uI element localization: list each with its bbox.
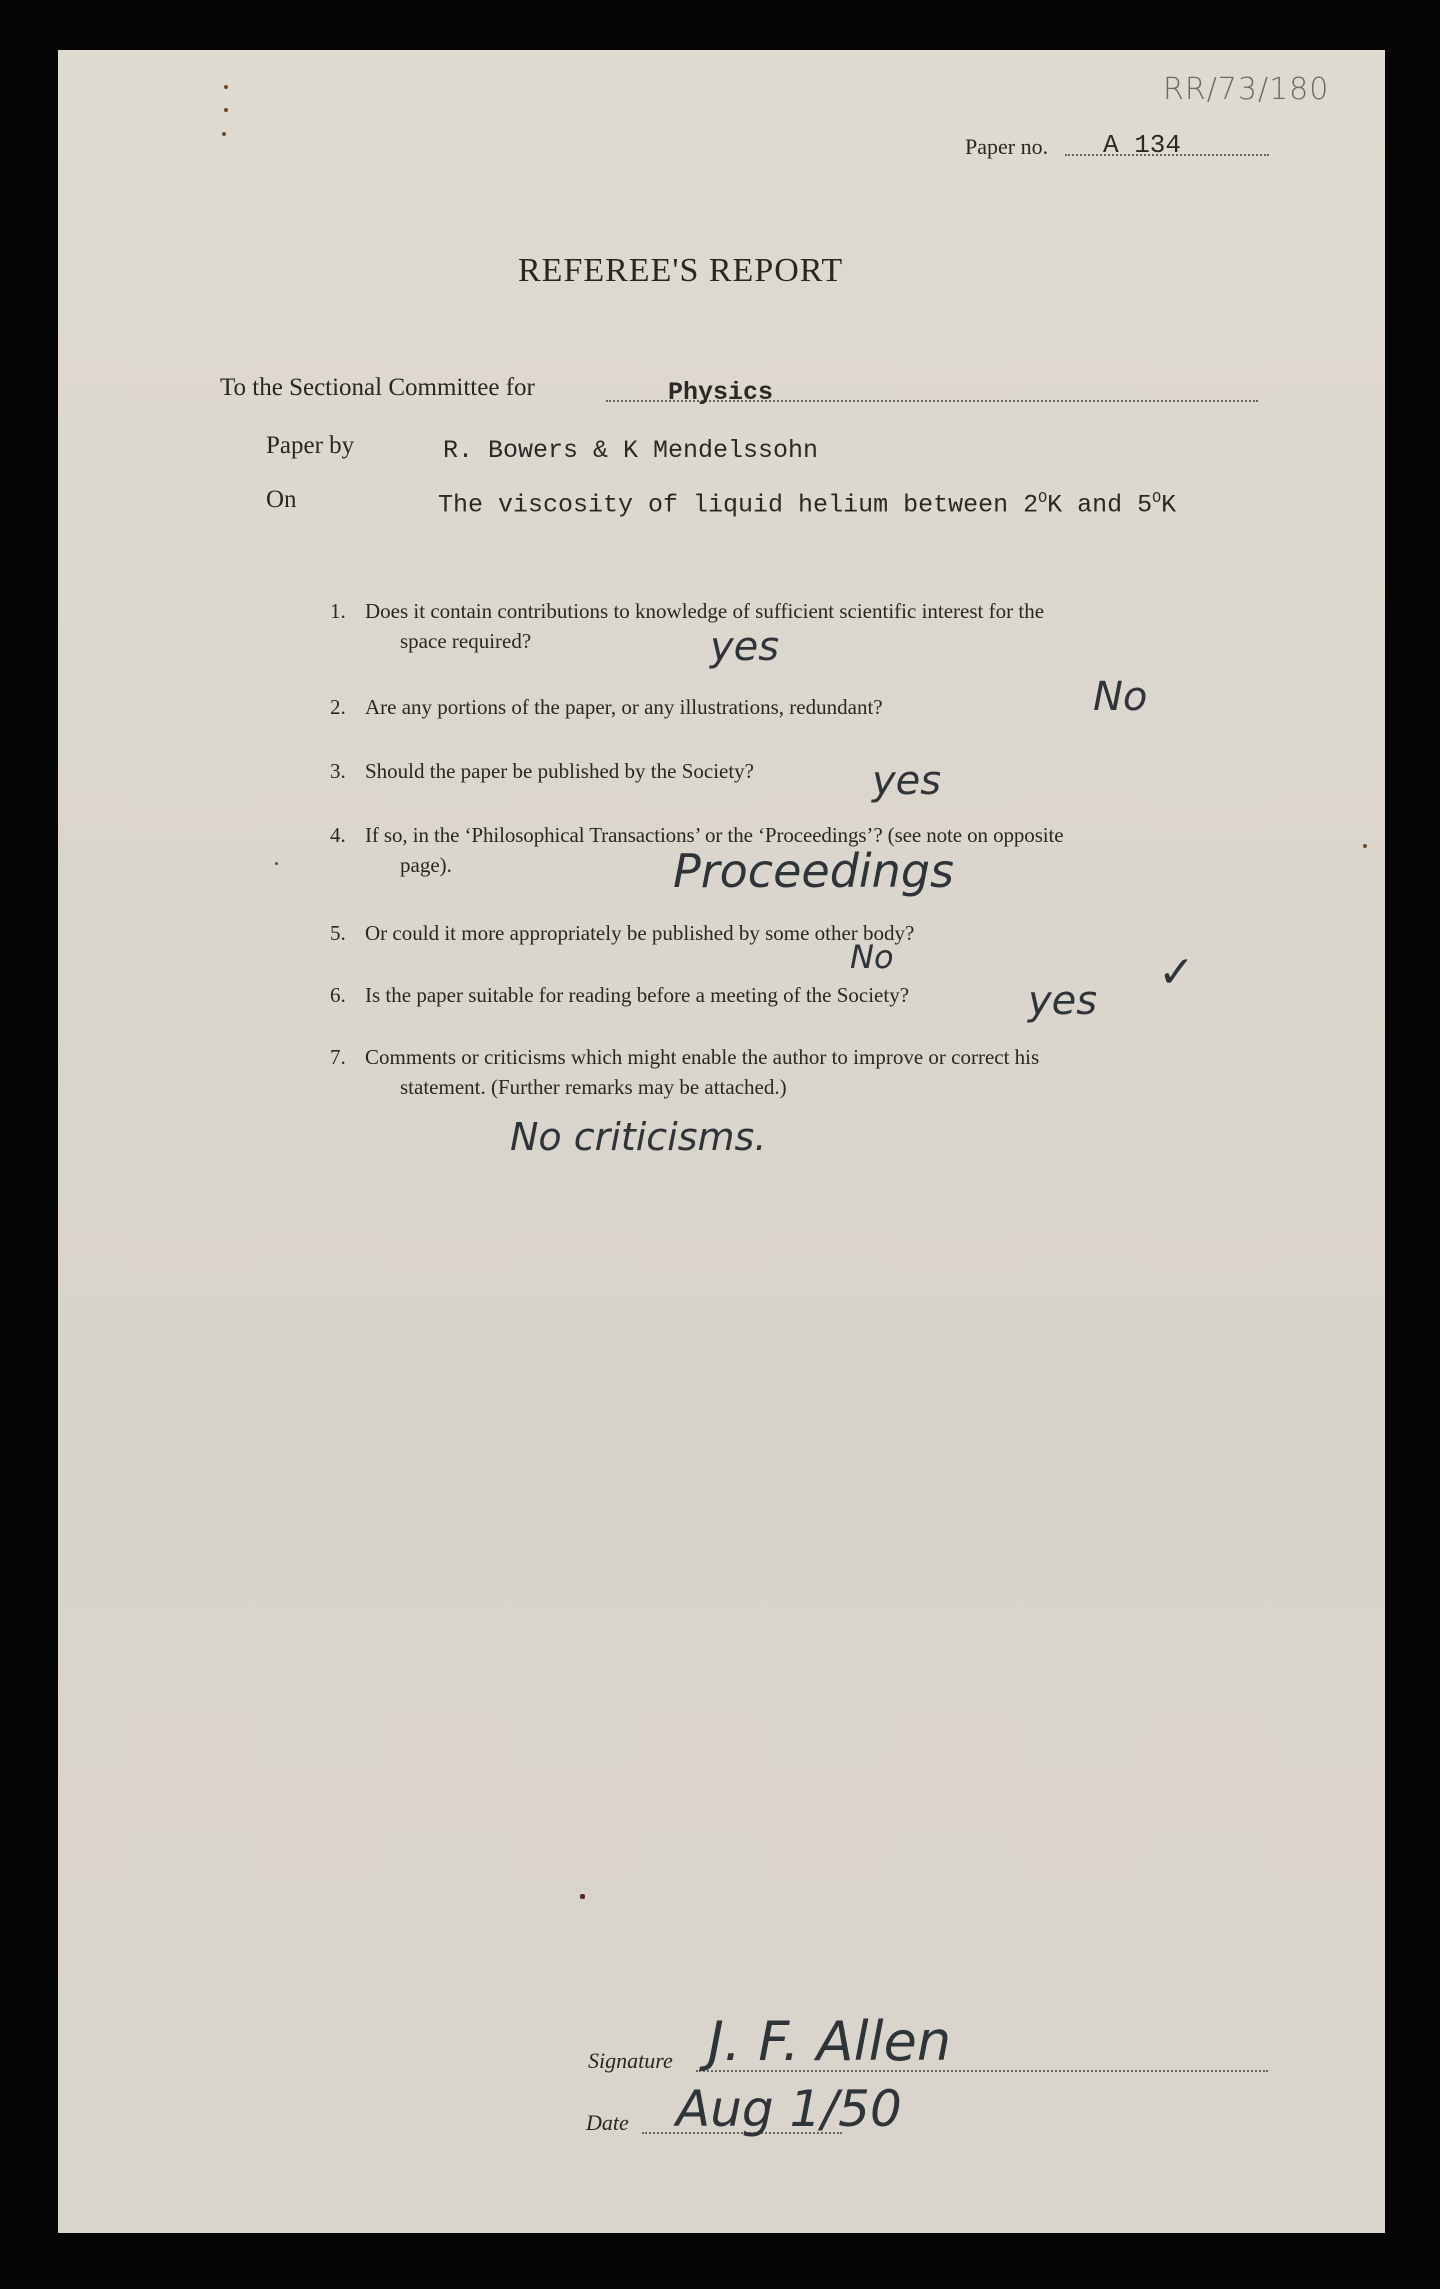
- question-number: 5.: [330, 918, 346, 948]
- answer-1: yes: [710, 632, 779, 662]
- date-value: Aug 1/50: [676, 2080, 902, 2138]
- superscript-degree: O: [1038, 490, 1047, 507]
- question-1: 1. Does it contain contributions to know…: [330, 596, 1268, 656]
- date-label: Date: [586, 2110, 629, 2136]
- question-text: Comments or criticisms which might enabl…: [365, 1042, 1268, 1072]
- paper-speck: [1363, 844, 1367, 848]
- paper-speck: [224, 108, 228, 112]
- question-text: Does it contain contributions to knowled…: [365, 596, 1268, 626]
- answer-2: No: [1093, 682, 1147, 712]
- question-number: 3.: [330, 756, 346, 786]
- paper-speck: [224, 85, 228, 89]
- paper-title-part: K: [1161, 490, 1176, 519]
- question-text-continued: space required?: [400, 626, 531, 656]
- answer-5: No: [850, 942, 894, 972]
- paper-speck: [222, 132, 226, 136]
- answer-7: No criticisms.: [510, 1122, 766, 1152]
- question-number: 7.: [330, 1042, 346, 1072]
- question-text: Are any portions of the paper, or any il…: [365, 692, 883, 722]
- question-text: Is the paper suitable for reading before…: [365, 980, 909, 1010]
- checkmark-icon: ✓: [1158, 958, 1195, 988]
- question-text-continued: page).: [400, 850, 452, 880]
- paper-speck: [275, 862, 278, 865]
- question-number: 6.: [330, 980, 346, 1010]
- paper-speck: [580, 1894, 585, 1899]
- answer-6: yes: [1028, 986, 1097, 1016]
- paper-title-part: The viscosity of liquid helium between 2: [438, 490, 1038, 519]
- signature-value: J. F. Allen: [708, 2010, 951, 2073]
- page-title: REFEREE'S REPORT: [518, 252, 843, 290]
- question-number: 1.: [330, 596, 346, 626]
- paper-title-value: The viscosity of liquid helium between 2…: [438, 490, 1176, 519]
- question-7: 7. Comments or criticisms which might en…: [330, 1042, 1268, 1102]
- signature-label: Signature: [588, 2048, 673, 2074]
- paper-no-label: Paper no.: [965, 134, 1048, 160]
- question-number: 4.: [330, 820, 346, 850]
- archive-reference: RR/73/180: [1163, 72, 1329, 107]
- paper-by-value: R. Bowers & K Mendelssohn: [443, 436, 818, 465]
- question-text-continued: statement. (Further remarks may be attac…: [400, 1072, 787, 1102]
- superscript-degree: O: [1152, 490, 1161, 507]
- answer-4: Proceedings: [673, 856, 954, 886]
- referee-report-page: RR/73/180 Paper no. A 134 REFEREE'S REPO…: [58, 50, 1385, 2233]
- paper-title-part: K and 5: [1047, 490, 1152, 519]
- question-number: 2.: [330, 692, 346, 722]
- paper-by-label: Paper by: [266, 432, 354, 460]
- questions-list: 1. Does it contain contributions to know…: [330, 596, 1268, 1216]
- answer-3: yes: [872, 766, 941, 796]
- committee-value: Physics: [668, 378, 773, 407]
- question-text: Or could it more appropriately be publis…: [365, 918, 914, 948]
- question-text: Should the paper be published by the Soc…: [365, 756, 754, 786]
- paper-no-value: A 134: [1103, 130, 1181, 160]
- committee-label: To the Sectional Committee for: [220, 374, 535, 402]
- on-label: On: [266, 486, 297, 514]
